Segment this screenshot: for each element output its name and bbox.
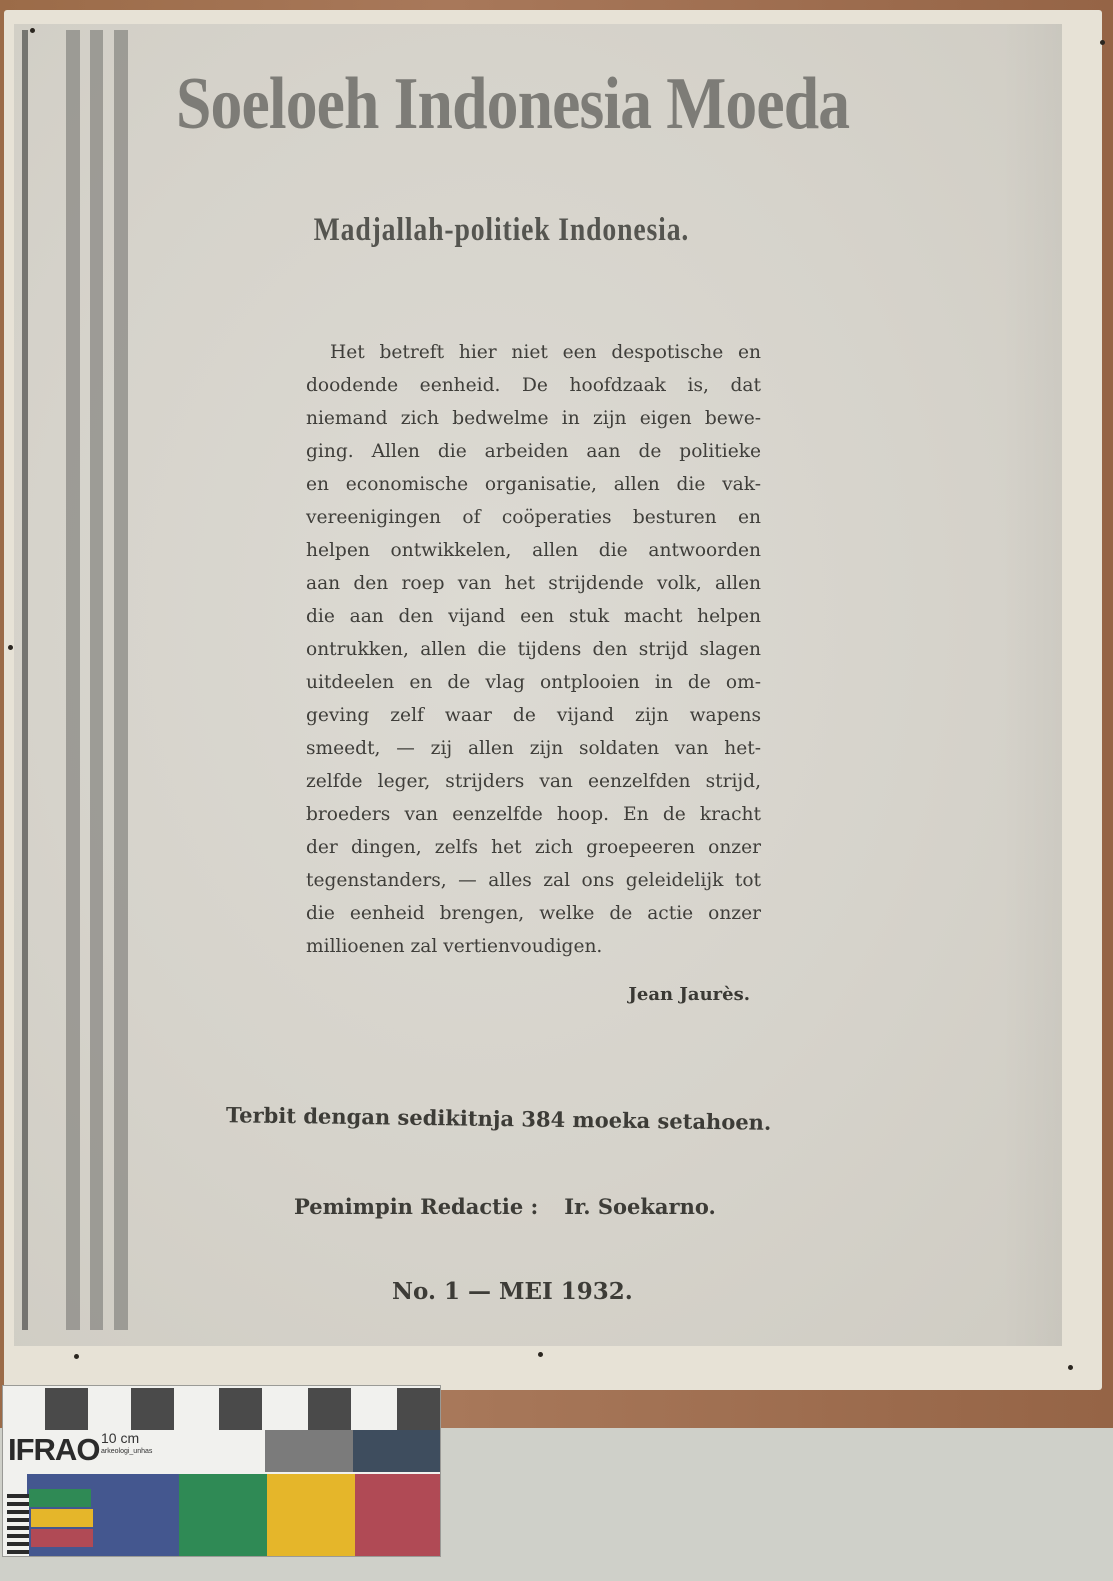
dark-blue-patch: [353, 1430, 441, 1472]
masthead-title: Soeloeh Indonesia Moeda: [176, 62, 795, 147]
quote-line: smeedt, — zij allen zijn soldaten van he…: [306, 732, 761, 765]
quote-line: ging. Allen die arbeiden aan de politiek…: [306, 435, 761, 468]
ifrao-label: IFRAO: [8, 1432, 99, 1468]
editor-line: Pemimpin Redactie :Ir. Soekarno.: [294, 1194, 716, 1219]
issue-number: No. 1 — MEI 1932.: [392, 1278, 633, 1305]
green-patch: [179, 1474, 267, 1556]
quote-line: en economische organisatie, allen die va…: [306, 468, 761, 501]
pin-hole: [30, 28, 35, 33]
quote-line: Het betreft hier niet een despotische en: [306, 336, 761, 369]
quote-line: ontrukken, allen die tijdens den strijd …: [306, 633, 761, 666]
editor-label: Pemimpin Redactie :: [294, 1194, 538, 1219]
pin-hole: [8, 645, 13, 650]
border-stripe: [22, 30, 28, 1330]
quote-line: niemand zich bedwelme in zijn eigen bewe…: [306, 402, 761, 435]
quote-line: tegenstanders, — alles zal ons geleideli…: [306, 864, 761, 897]
quote-line: aan den roep van het strijdende volk, al…: [306, 567, 761, 600]
grey-patch: [265, 1430, 353, 1472]
quote-line: die eenheid brengen, welke de actie onze…: [306, 897, 761, 930]
yellow-patch: [267, 1474, 355, 1556]
editor-name: Ir. Soekarno.: [564, 1194, 716, 1219]
pin-hole: [1100, 40, 1105, 45]
border-stripe: [114, 30, 128, 1330]
border-stripe: [66, 30, 80, 1330]
pin-hole: [538, 1352, 543, 1357]
quote-line: vereenigingen of coöperaties besturen en: [306, 501, 761, 534]
subtitle: Madjallah-politiek Indonesia.: [304, 212, 699, 249]
quote-block: Het betreft hier niet een despotische en…: [306, 336, 761, 963]
border-stripe: [90, 30, 103, 1330]
quote-line: millioenen zal vertienvoudigen.: [306, 930, 761, 963]
quote-line: helpen ontwikkelen, allen die antwoorden: [306, 534, 761, 567]
pin-hole: [74, 1354, 79, 1359]
quote-line: uitdeelen en de vlag ontplooien in de om…: [306, 666, 761, 699]
quote-line: doodende eenheid. De hoofdzaak is, dat: [306, 369, 761, 402]
ifrao-scale-card: IFRAO 10 cm arkeologi_unhas: [2, 1385, 441, 1557]
scale-credit: arkeologi_unhas: [101, 1448, 152, 1455]
pin-hole: [1068, 1365, 1073, 1370]
quote-line: broeders van eenzelfde hoop. En de krach…: [306, 798, 761, 831]
quote-line: geving zelf waar de vijand zijn wapens: [306, 699, 761, 732]
grey-ladder: [7, 1494, 29, 1557]
quote-line: der dingen, zelfs het zich groepeeren on…: [306, 831, 761, 864]
red-patch: [355, 1474, 441, 1556]
quote-author: Jean Jaurès.: [600, 984, 750, 1005]
scale-size: 10 cm: [101, 1430, 139, 1446]
quote-line: zelfde leger, strijders van eenzelfden s…: [306, 765, 761, 798]
quote-line: die aan den vijand een stuk macht helpen: [306, 600, 761, 633]
